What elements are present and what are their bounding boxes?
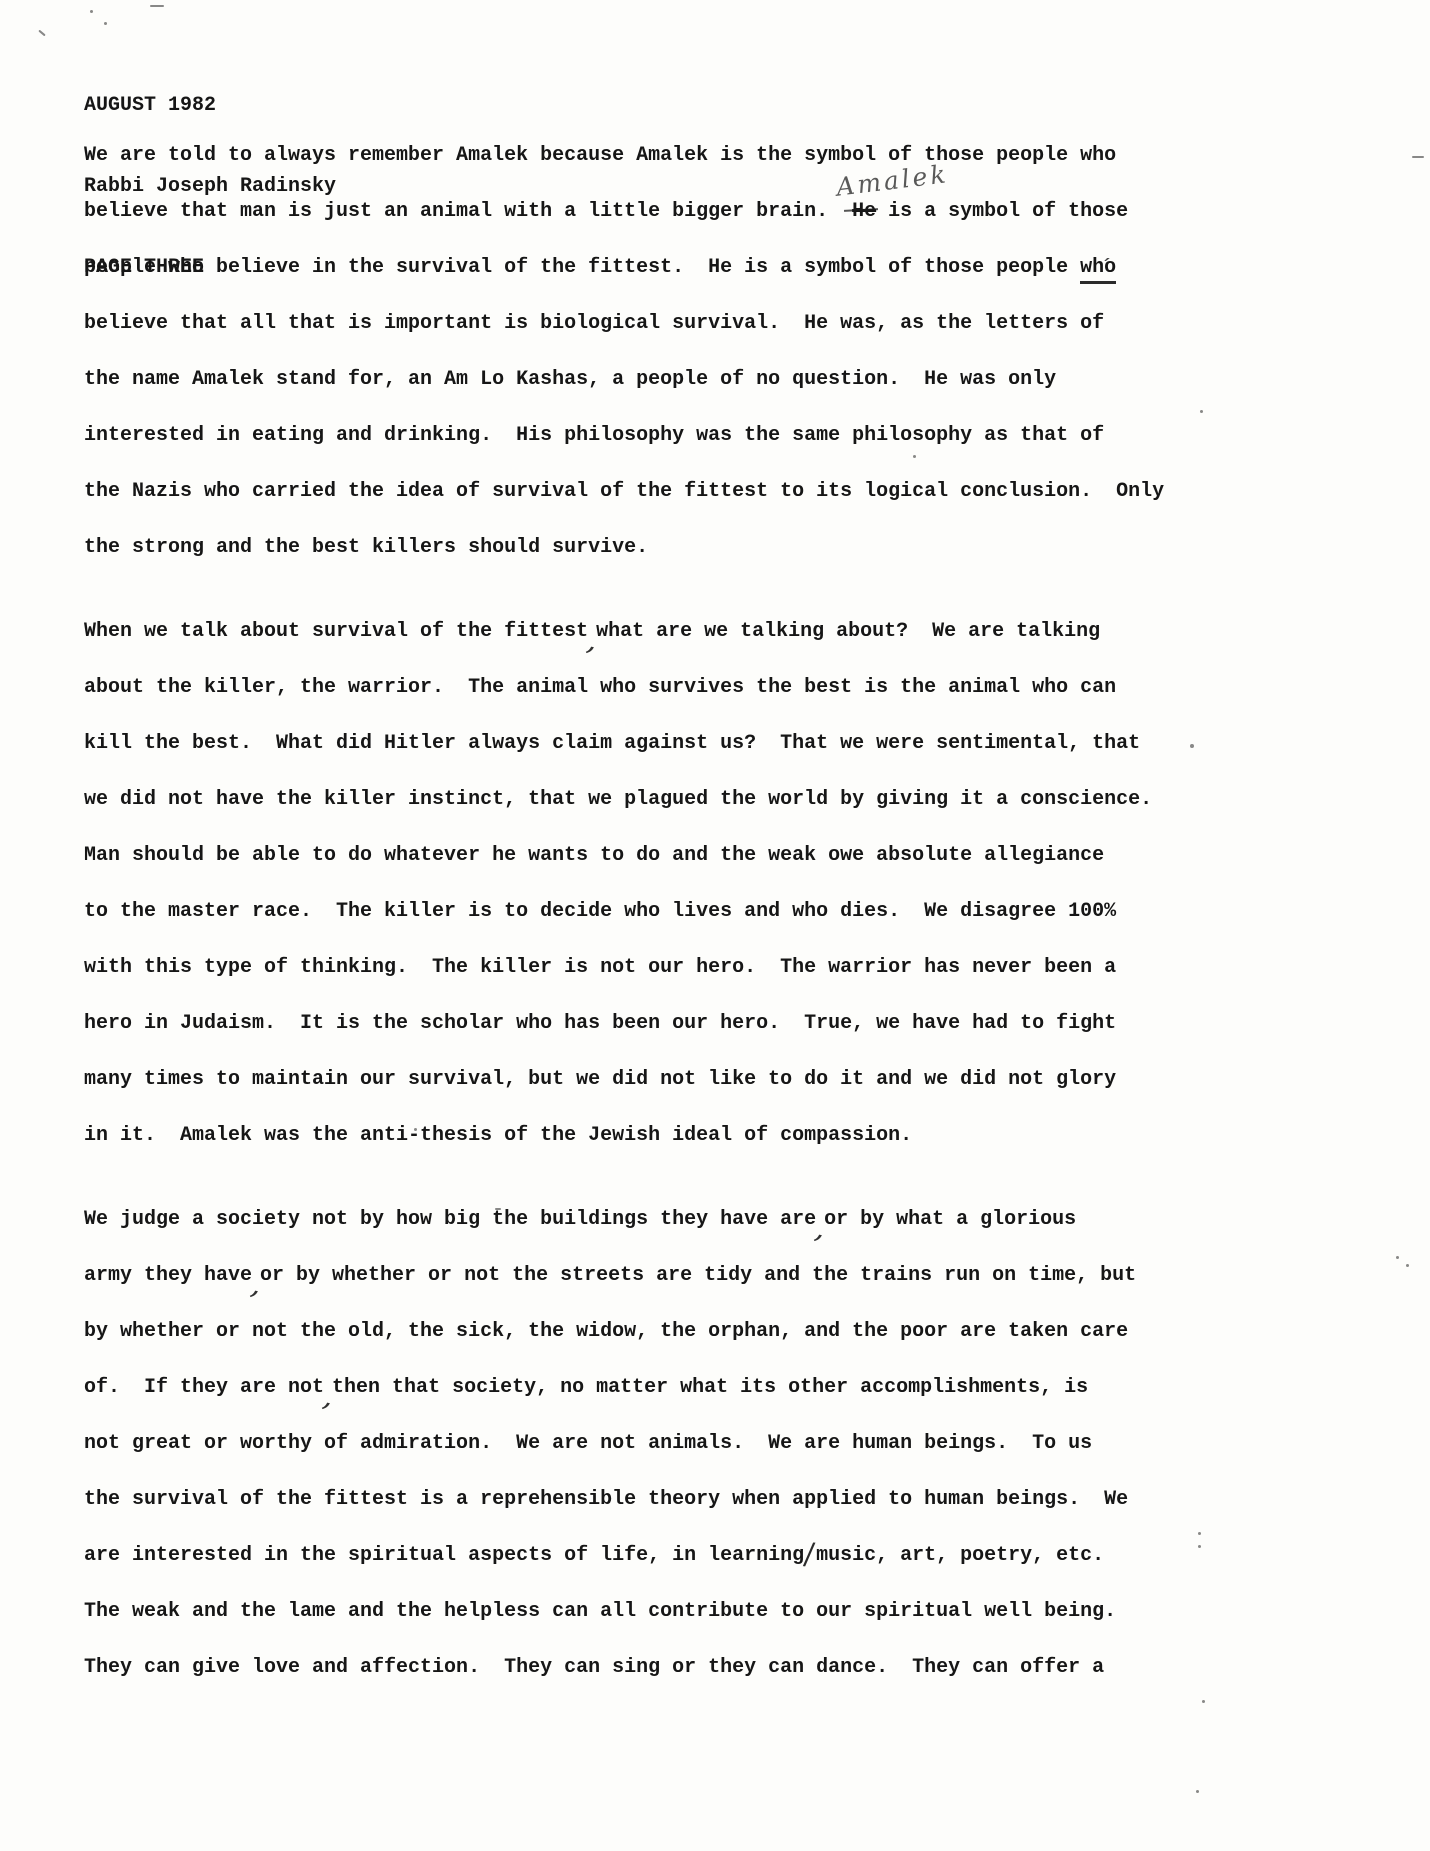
- typed-text: are interested in the spiritual aspects …: [84, 1544, 804, 1567]
- typed-text: we did not have the killer instinct, tha…: [84, 788, 1152, 811]
- typed-text: hero in Judaism. It is the scholar who h…: [84, 1012, 1116, 1035]
- typed-text: When we talk about survival of the fitte…: [84, 620, 588, 643]
- scan-speck: [38, 30, 45, 37]
- text-line: believe that man is just an animal with …: [84, 184, 1164, 240]
- typed-text: what are we talking about? We are talkin…: [596, 620, 1100, 643]
- scan-speck: [1198, 1545, 1201, 1548]
- text-line: not great or worthy of admiration. We ar…: [84, 1416, 1164, 1472]
- typed-text: We are told to always remember Amalek be…: [84, 144, 1116, 167]
- text-line: They can give love and affection. They c…: [84, 1640, 1164, 1696]
- typed-text: the Nazis who carried the idea of surviv…: [84, 480, 1164, 503]
- scan-speck: [1412, 156, 1424, 158]
- scan-speck: [1406, 1264, 1409, 1267]
- text-line: The weak and the lame and the helpless c…: [84, 1584, 1164, 1640]
- typed-text: or by what a glorious: [824, 1208, 1076, 1231]
- text-line: are interested in the spiritual aspects …: [84, 1528, 1164, 1584]
- header-date: AUGUST 1982: [84, 92, 336, 119]
- scan-speck: [1196, 1790, 1199, 1793]
- typed-text: interested in eating and drinking. His p…: [84, 424, 1104, 447]
- typed-text: believe that all that is important is bi…: [84, 312, 1104, 335]
- document-page: AUGUST 1982 Rabbi Joseph Radinsky PAGE T…: [0, 0, 1430, 1851]
- typed-text: with this type of thinking. The killer i…: [84, 956, 1116, 979]
- typed-text: many times to maintain our survival, but…: [84, 1068, 1116, 1091]
- text-line: the Nazis who carried the idea of surviv…: [84, 464, 1164, 520]
- text-line: the strong and the best killers should s…: [84, 520, 1164, 576]
- text-line: kill the best. What did Hitler always cl…: [84, 716, 1164, 772]
- scan-speck: [414, 1128, 417, 1131]
- text-line: interested in eating and drinking. His p…: [84, 408, 1164, 464]
- text-line: Man should be able to do whatever he wan…: [84, 828, 1164, 884]
- text-line: people who believe in the survival of th…: [84, 240, 1164, 296]
- scan-speck: [1190, 744, 1194, 748]
- handwritten-comma-mark: ,: [816, 1228, 824, 1230]
- typed-text: the strong and the best killers should s…: [84, 536, 648, 559]
- scan-speck: [1202, 1700, 1205, 1703]
- text-line: about the killer, the warrior. The anima…: [84, 660, 1164, 716]
- paragraph: When we talk about survival of the fitte…: [84, 604, 1164, 1164]
- typed-text: The weak and the lame and the helpless c…: [84, 1600, 1116, 1623]
- text-line: in it. Amalek was the anti-thesis of the…: [84, 1108, 1164, 1164]
- text-line: believe that all that is important is bi…: [84, 296, 1164, 352]
- scan-speck: [1198, 1532, 1201, 1535]
- typed-text: about the killer, the warrior. The anima…: [84, 676, 1116, 699]
- typed-text: We judge a society not by how big the bu…: [84, 1208, 816, 1231]
- text-line: many times to maintain our survival, but…: [84, 1052, 1164, 1108]
- document-body: We are told to always remember Amalek be…: [84, 128, 1164, 1724]
- typed-text: army they have: [84, 1264, 252, 1287]
- scan-speck: [150, 5, 164, 7]
- typed-text: in it. Amalek was the anti-thesis of the…: [84, 1124, 912, 1147]
- typed-text: the name Amalek stand for, an Am Lo Kash…: [84, 368, 1056, 391]
- typed-text: people who believe in the survival of th…: [84, 256, 1080, 279]
- handwritten-comma-mark: ,: [324, 1396, 332, 1398]
- text-line: of. If they are not,then that society, n…: [84, 1360, 1164, 1416]
- text-line: we did not have the killer instinct, tha…: [84, 772, 1164, 828]
- typed-text: not great or worthy of admiration. We ar…: [84, 1432, 1092, 1455]
- scan-speck: [913, 455, 916, 458]
- text-line: the name Amalek stand for, an Am Lo Kash…: [84, 352, 1164, 408]
- text-line: by whether or not the old, the sick, the…: [84, 1304, 1164, 1360]
- paragraph: We are told to always remember Amalek be…: [84, 128, 1164, 576]
- text-line: We judge a society not by how big the bu…: [84, 1192, 1164, 1248]
- typed-text: Man should be able to do whatever he wan…: [84, 844, 1104, 867]
- scan-speck: [1200, 410, 1203, 413]
- struck-word: HeAmalek: [852, 200, 876, 223]
- paragraph: We judge a society not by how big the bu…: [84, 1192, 1164, 1696]
- typed-text: kill the best. What did Hitler always cl…: [84, 732, 1140, 755]
- text-line: hero in Judaism. It is the scholar who h…: [84, 996, 1164, 1052]
- handwritten-slash-mark: /: [804, 1554, 816, 1555]
- handwritten-comma-mark: ,: [588, 640, 596, 642]
- scan-speck: [495, 1208, 501, 1210]
- typed-text: the survival of the fittest is a reprehe…: [84, 1488, 1128, 1511]
- text-line: the survival of the fittest is a reprehe…: [84, 1472, 1164, 1528]
- typed-text: They can give love and affection. They c…: [84, 1656, 1104, 1679]
- scan-speck: [1396, 1256, 1399, 1259]
- typed-text: of. If they are not: [84, 1376, 324, 1399]
- text-line: We are told to always remember Amalek be…: [84, 128, 1164, 184]
- typed-text: believe that man is just an animal with …: [84, 200, 852, 223]
- typed-text: or by whether or not the streets are tid…: [260, 1264, 1136, 1287]
- scan-speck: [90, 10, 93, 13]
- text-line: army they have,or by whether or not the …: [84, 1248, 1164, 1304]
- typed-text: to the master race. The killer is to dec…: [84, 900, 1116, 923]
- scan-speck: [104, 22, 107, 25]
- text-line: with this type of thinking. The killer i…: [84, 940, 1164, 996]
- text-line: to the master race. The killer is to dec…: [84, 884, 1164, 940]
- typed-text: by whether or not the old, the sick, the…: [84, 1320, 1128, 1343]
- typed-text: music, art, poetry, etc.: [816, 1544, 1104, 1567]
- handwritten-who-mark: who: [1080, 256, 1116, 284]
- typed-text: then that society, no matter what its ot…: [332, 1376, 1088, 1399]
- text-line: When we talk about survival of the fitte…: [84, 604, 1164, 660]
- typed-text: is a symbol of those: [876, 200, 1128, 223]
- handwritten-comma-mark: ,: [252, 1284, 260, 1286]
